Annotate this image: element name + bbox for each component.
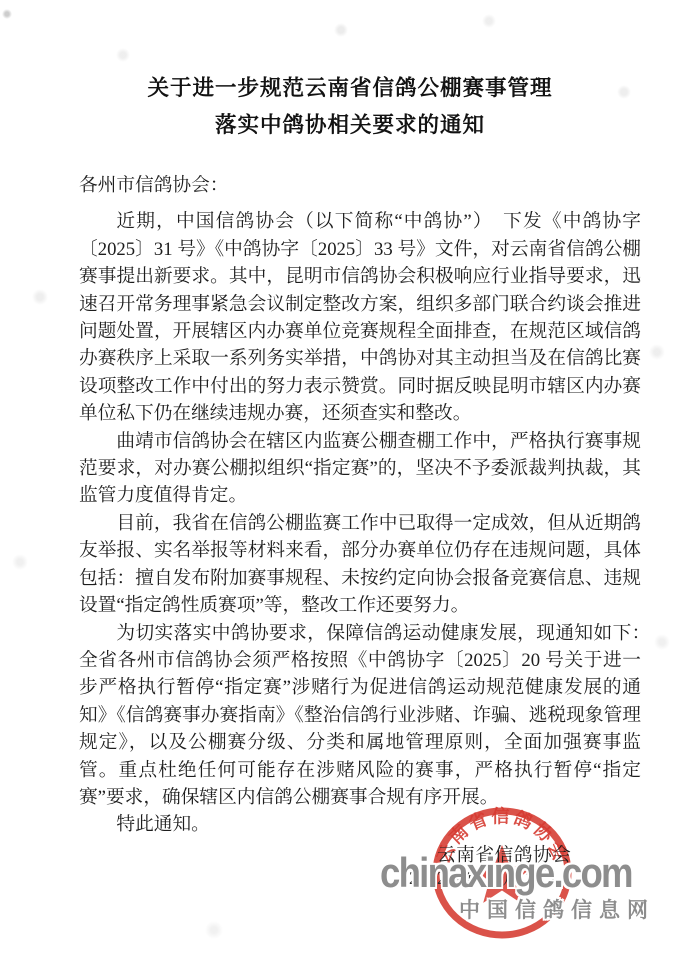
paragraph-4: 为切实落实中鸽协要求，保障信鸽运动健康发展，现通知如下： 全省各州市信鸽协会须严… xyxy=(79,620,641,812)
scanned-notice-document: 关于进一步规范云南省信鸽公棚赛事管理 落实中鸽协相关要求的通知 各州市信鸽协会：… xyxy=(0,0,700,975)
watermark-site-name: 中国信鸽信息网 xyxy=(459,894,655,924)
paragraph-1: 近期，中国信鸽协会（以下简称“中鸽协”） 下发《中鸽协字〔2025〕31 号》《… xyxy=(79,208,641,427)
document-title-line-1: 关于进一步规范云南省信鸽公棚赛事管理 xyxy=(0,70,700,107)
document-body: 各州市信鸽协会： 近期，中国信鸽协会（以下简称“中鸽协”） 下发《中鸽协字〔20… xyxy=(79,172,641,839)
salutation: 各州市信鸽协会： xyxy=(79,172,641,199)
document-title: 关于进一步规范云南省信鸽公棚赛事管理 落实中鸽协相关要求的通知 xyxy=(0,70,700,144)
paragraph-3: 目前，我省在信鸽公棚监赛工作中已取得一定成效，但从近期鸽友举报、实名举报等材料来… xyxy=(79,510,641,620)
watermark-site-url: chinaxinge.com xyxy=(380,849,632,897)
document-title-line-2: 落实中鸽协相关要求的通知 xyxy=(0,107,700,144)
paragraph-2: 曲靖市信鸽协会在辖区内监赛公棚查棚工作中，严格执行赛事规范要求，对办赛公棚拟组织… xyxy=(79,428,641,510)
